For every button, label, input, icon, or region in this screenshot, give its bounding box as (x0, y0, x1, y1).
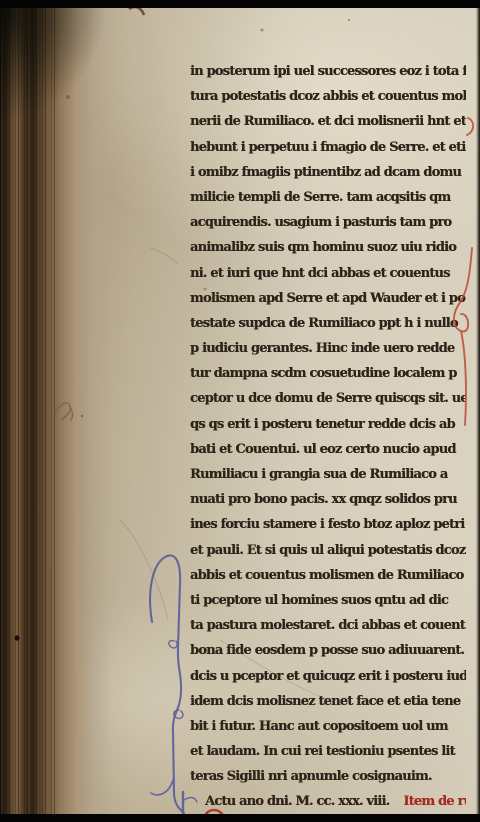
speck-marks (14, 19, 350, 641)
blue-penwork-flourish (150, 555, 197, 813)
top-letterbox-bar (0, 0, 480, 8)
penwork-decoration-layer (0, 8, 480, 814)
marginal-annotation-mark (55, 403, 83, 420)
red-penwork-flourish (454, 118, 473, 425)
bottom-letterbox-bar (0, 814, 480, 822)
top-edge-stain-mark (129, 8, 144, 15)
manuscript-photo: in posterum ipi uel successores eoz i to… (0, 0, 480, 822)
parchment-scratches (120, 248, 330, 700)
parchment-page: in posterum ipi uel successores eoz i to… (0, 8, 480, 814)
